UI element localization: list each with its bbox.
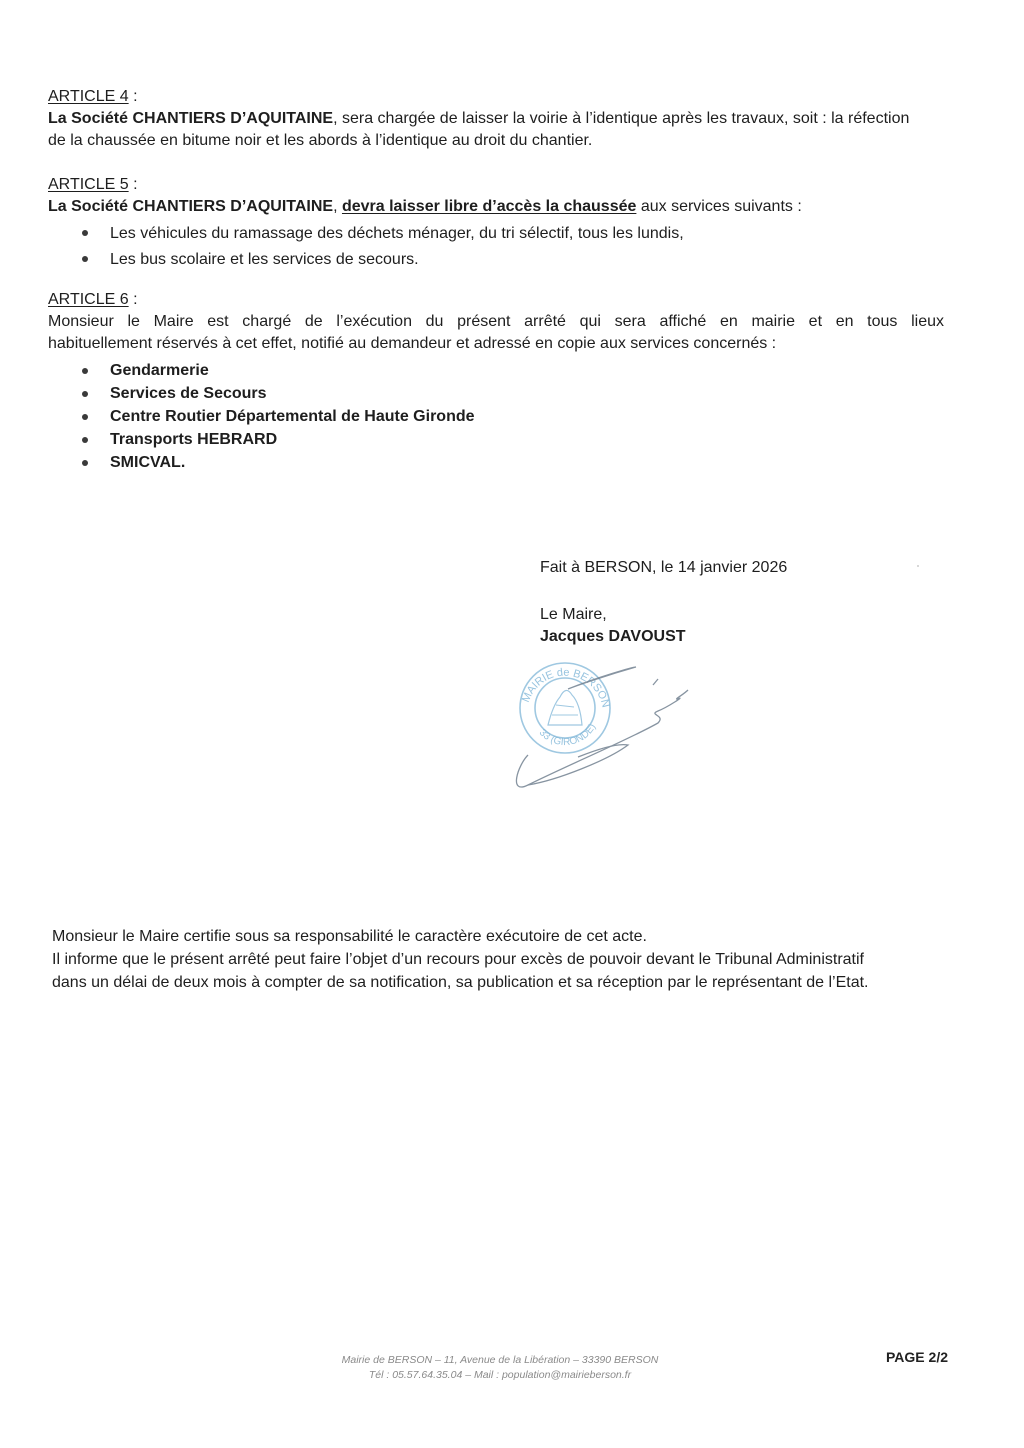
list-item: Centre Routier Départemental de Haute Gi… bbox=[48, 405, 944, 428]
services-list: Les véhicules du ramassage des déchets m… bbox=[48, 221, 948, 273]
article-5: ARTICLE 5 : La Société CHANTIERS D’AQUIT… bbox=[48, 174, 948, 273]
svg-text:33 (GIRONDE): 33 (GIRONDE) bbox=[537, 722, 598, 748]
scan-speck bbox=[917, 565, 919, 567]
article-5-title: ARTICLE 5 bbox=[48, 176, 129, 193]
article-4-title: ARTICLE 4 bbox=[48, 88, 129, 105]
footer-address: Mairie de BERSON – 11, Avenue de la Libé… bbox=[330, 1353, 670, 1383]
page-number: PAGE 2/2 bbox=[886, 1349, 948, 1365]
signatory-name: Jacques DAVOUST bbox=[540, 626, 686, 648]
official-stamp-and-signature: MAIRIE de BERSON 33 (GIRONDE) bbox=[508, 655, 748, 805]
document-page: ARTICLE 4 : La Société CHANTIERS D’AQUIT… bbox=[0, 0, 1024, 1448]
footer-contact: Tél : 05.57.64.35.04 – Mail : population… bbox=[330, 1368, 670, 1383]
article-4: ARTICLE 4 : La Société CHANTIERS D’AQUIT… bbox=[48, 86, 948, 152]
list-item: Services de Secours bbox=[48, 382, 944, 405]
list-item: Les bus scolaire et les services de seco… bbox=[48, 247, 948, 273]
article-6: ARTICLE 6 : Monsieur le Maire est chargé… bbox=[48, 289, 944, 474]
article-6-title: ARTICLE 6 bbox=[48, 291, 129, 308]
recipients-list: Gendarmerie Services de Secours Centre R… bbox=[48, 359, 944, 474]
list-item: SMICVAL. bbox=[48, 451, 944, 474]
signatory-role: Le Maire, bbox=[540, 604, 607, 626]
list-item: Transports HEBRARD bbox=[48, 428, 944, 451]
access-requirement: devra laisser libre d’accès la chaussée bbox=[342, 198, 636, 215]
company-name: La Société CHANTIERS D’AQUITAINE bbox=[48, 198, 333, 215]
company-name: La Société CHANTIERS D’AQUITAINE bbox=[48, 110, 333, 127]
legal-notice: Monsieur le Maire certifie sous sa respo… bbox=[52, 925, 932, 994]
list-item: Les véhicules du ramassage des déchets m… bbox=[48, 221, 948, 247]
stamp-icon: MAIRIE de BERSON 33 (GIRONDE) bbox=[508, 655, 748, 805]
svg-text:MAIRIE de BERSON: MAIRIE de BERSON bbox=[520, 667, 612, 709]
list-item: Gendarmerie bbox=[48, 359, 944, 382]
place-date: Fait à BERSON, le 14 janvier 2026 bbox=[540, 557, 787, 579]
